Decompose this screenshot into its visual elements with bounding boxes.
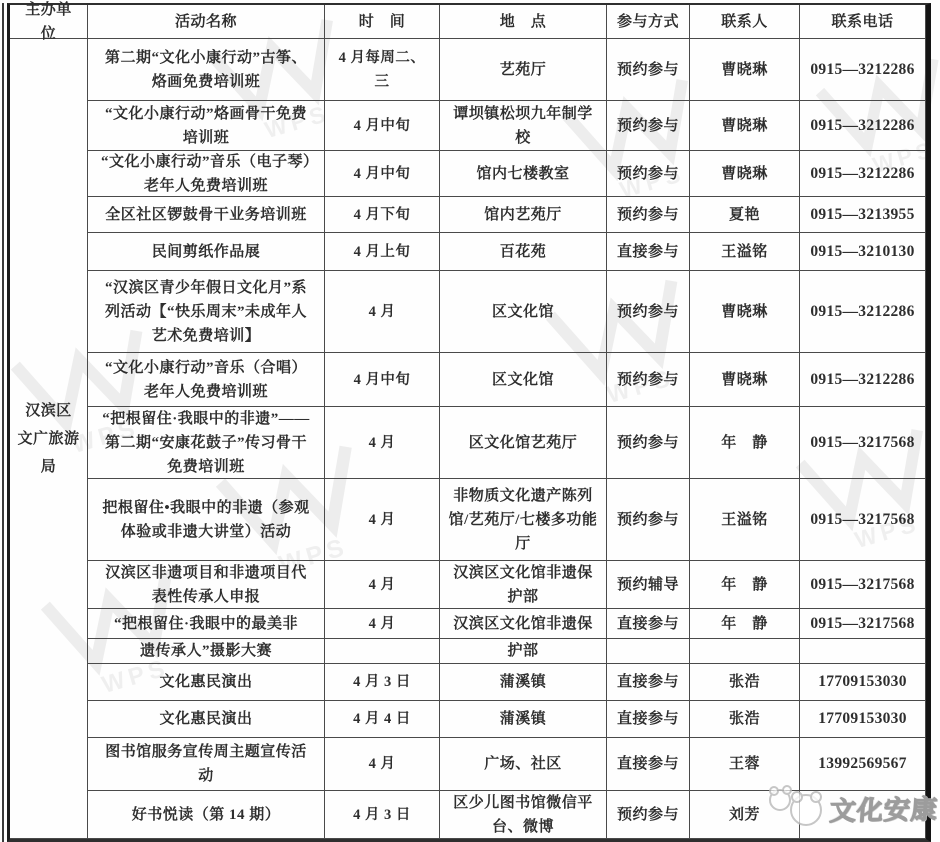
time-cell: 4 月每周二、三 [325,39,440,101]
contact-person-cell: 曹晓琳 [690,151,800,197]
participation-method-cell: 预约参与 [607,151,690,197]
participation-method-cell: 预约参与 [607,101,690,151]
contact-phone-cell: 17709153030 [800,701,926,738]
time-cell: 4 月 [325,609,440,639]
activity-name-cell: 文化惠民演出 [88,664,325,701]
header-organizer: 主办单位 [10,5,88,39]
contact-person-cell: 张浩 [690,701,800,738]
contact-phone-cell: 0915—3217568 [800,407,926,479]
participation-method-cell: 直接参与 [607,701,690,738]
contact-phone-cell: 0915—3210130 [800,233,926,271]
time-cell: 4 月 3 日 [325,791,440,839]
time-cell: 4 月 [325,271,440,353]
time-cell: 4 月上旬 [325,233,440,271]
header-location: 地 点 [440,5,607,39]
location-cell: 汉滨区文化馆非遗保 [440,609,607,639]
participation-method-cell: 预约参与 [607,791,690,839]
time-cell: 4 月 [325,738,440,791]
time-cell: 4 月 3 日 [325,664,440,701]
time-cell: 4 月 4 日 [325,701,440,738]
organizer-cell: 汉滨区文广旅游局 [10,39,88,839]
activity-name-cell: “把根留住·我眼中的最美非 [88,609,325,639]
activity-name-cell: 全区社区锣鼓骨干业务培训班 [88,197,325,233]
location-cell: 汉滨区文化馆非遗保护部 [440,561,607,609]
location-cell: 非物质文化遗产陈列馆/艺苑厅/七楼多功能厅 [440,479,607,561]
time-cell: 4 月中旬 [325,151,440,197]
contact-person-cell: 曹晓琳 [690,353,800,407]
activity-name-cell: 汉滨区非遗项目和非遗项目代表性传承人申报 [88,561,325,609]
activity-name-cell: 第二期“文化小康行动”古筝、烙画免费培训班 [88,39,325,101]
location-cell: 馆内七楼教室 [440,151,607,197]
contact-person-cell: 张浩 [690,664,800,701]
contact-phone-cell: 0915—3212286 [800,353,926,407]
participation-method-cell: 预约参与 [607,197,690,233]
location-cell: 蒲溪镇 [440,701,607,738]
location-cell: 馆内艺苑厅 [440,197,607,233]
location-cell: 谭坝镇松坝九年制学校 [440,101,607,151]
participation-method-cell: 预约参与 [607,407,690,479]
time-cell: 4 月中旬 [325,353,440,407]
contact-person-cell: 刘芳 [690,791,800,839]
participation-method-cell: 预约参与 [607,39,690,101]
location-cell: 广场、社区 [440,738,607,791]
participation-method-cell: 直接参与 [607,609,690,639]
header-contact-phone: 联系电话 [800,5,926,39]
activity-name-cell: 好书悦读（第 14 期） [88,791,325,839]
activity-name-cell: 图书馆服务宣传周主题宣传活动 [88,738,325,791]
activity-name-cell: “文化小康行动”音乐（合唱）老年人免费培训班 [88,353,325,407]
contact-person-cell: 曹晓琳 [690,39,800,101]
organizer-line: 汉滨区 [25,397,72,425]
activity-name-cell: “文化小康行动”音乐（电子琴）老年人免费培训班 [88,151,325,197]
activity-name-cell: 把根留住•我眼中的非遗（参观体验或非遗大讲堂）活动 [88,479,325,561]
header-activity-name: 活动名称 [88,5,325,39]
contact-person-cell [690,639,800,664]
location-cell: 艺苑厅 [440,39,607,101]
contact-person-cell: 年 静 [690,407,800,479]
contact-phone-cell: 0915—3213955 [800,197,926,233]
contact-phone-cell: 17709153030 [800,664,926,701]
activity-name-cell: “把根留住·我眼中的非遗”——第二期“安康花鼓子”传习骨干免费培训班 [88,407,325,479]
participation-method-cell: 预约参与 [607,271,690,353]
contact-phone-cell: 13992569567 [800,738,926,791]
page: WPS WPS WPS WPS WPS WPS WPS WPS 主办单位活动名称… [0,0,940,842]
location-cell: 区文化馆 [440,271,607,353]
participation-method-cell: 预约参与 [607,479,690,561]
schedule-table: 主办单位活动名称时 间地 点参与方式联系人联系电话汉滨区文广旅游局第二期“文化小… [7,3,931,842]
activity-name-cell: “汉滨区青少年假日文化月”系列活动【“快乐周末”未成年人艺术免费培训】 [88,271,325,353]
header-contact-person: 联系人 [690,5,800,39]
participation-method-cell: 直接参与 [607,738,690,791]
time-cell: 4 月 [325,407,440,479]
contact-person-cell: 年 静 [690,609,800,639]
activity-name-cell: 遗传承人”摄影大赛 [88,639,325,664]
participation-method-cell [607,639,690,664]
contact-phone-cell: 0915—3217568 [800,479,926,561]
participation-method-cell: 直接参与 [607,664,690,701]
contact-person-cell: 王溢铭 [690,233,800,271]
activity-name-cell: 文化惠民演出 [88,701,325,738]
activity-name-cell: 民间剪纸作品展 [88,233,325,271]
location-cell: 区文化馆 [440,353,607,407]
location-cell: 百花苑 [440,233,607,271]
contact-person-cell: 曹晓琳 [690,101,800,151]
header-time: 时 间 [325,5,440,39]
contact-phone-cell: 0915—3212286 [800,101,926,151]
contact-phone-cell: 0915—3212286 [800,151,926,197]
location-cell: 蒲溪镇 [440,664,607,701]
organizer-line: 文广旅游局 [14,425,83,481]
contact-person-cell: 王蓉 [690,738,800,791]
time-cell: 4 月下旬 [325,197,440,233]
time-cell: 4 月 [325,479,440,561]
contact-phone-cell: 0915—3212286 [800,39,926,101]
participation-method-cell: 预约辅导 [607,561,690,609]
time-cell [325,639,440,664]
location-cell: 护部 [440,639,607,664]
contact-person-cell: 曹晓琳 [690,271,800,353]
contact-phone-cell [800,639,926,664]
table-region: 主办单位活动名称时 间地 点参与方式联系人联系电话汉滨区文广旅游局第二期“文化小… [2,3,931,842]
contact-person-cell: 王溢铭 [690,479,800,561]
activity-name-cell: “文化小康行动”烙画骨干免费培训班 [88,101,325,151]
contact-phone-cell [800,791,926,839]
time-cell: 4 月 [325,561,440,609]
participation-method-cell: 直接参与 [607,233,690,271]
contact-phone-cell: 0915—3217568 [800,609,926,639]
participation-method-cell: 预约参与 [607,353,690,407]
time-cell: 4 月中旬 [325,101,440,151]
contact-person-cell: 年 静 [690,561,800,609]
contact-person-cell: 夏艳 [690,197,800,233]
header-participation-method: 参与方式 [607,5,690,39]
contact-phone-cell: 0915—3217568 [800,561,926,609]
contact-phone-cell: 0915—3212286 [800,271,926,353]
location-cell: 区文化馆艺苑厅 [440,407,607,479]
location-cell: 区少儿图书馆微信平台、微博 [440,791,607,839]
